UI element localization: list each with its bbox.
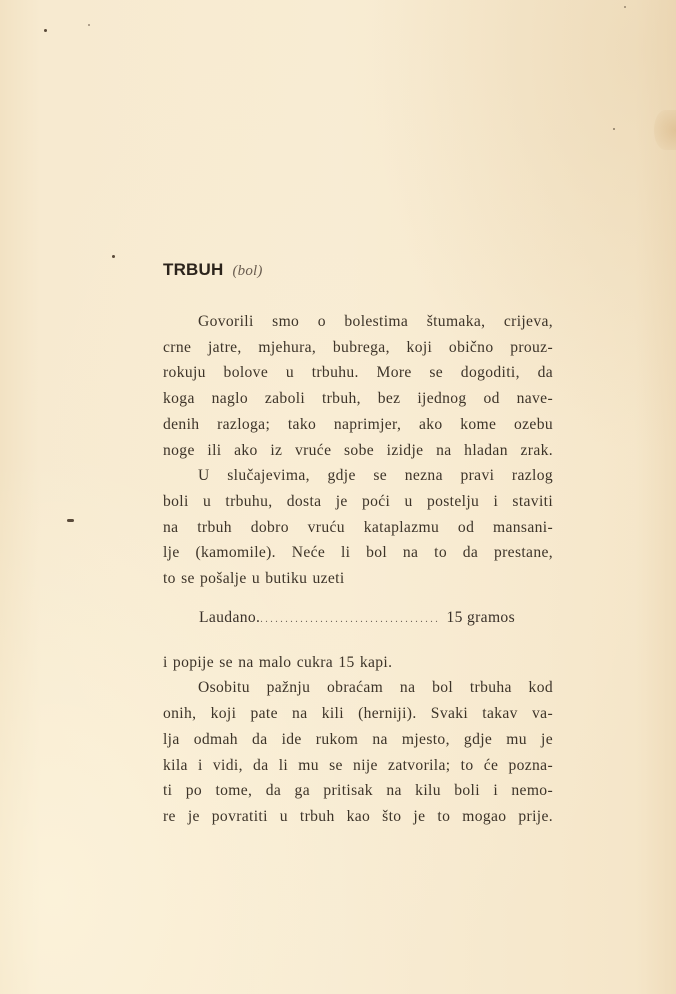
text-line: Osobitu pažnju obraćam na bol trbuha kod (163, 675, 553, 701)
paper-stain (654, 110, 676, 150)
text-line: kila i vidi, da li mu se nije zatvorila;… (163, 753, 553, 779)
paper-speck (44, 29, 47, 32)
text-line: crne jatre, mjehura, bubrega, koji običn… (163, 335, 553, 361)
paper-speck (88, 24, 90, 26)
paragraph-1: Govorili smo o bolestima štumaka, crijev… (163, 309, 553, 463)
paragraph-3: Osobitu pažnju obraćam na bol trbuha kod… (163, 675, 553, 829)
recipe-line: Laudano. ...............................… (199, 605, 515, 633)
paper-speck (613, 128, 615, 130)
text-line: re je povratiti u trbuh kao što je to mo… (163, 804, 553, 830)
heading-subtitle: (bol) (232, 263, 262, 279)
recipe-ingredient: Laudano. (199, 605, 260, 631)
text-line: lje (kamomile). Neće li bol na to da pre… (163, 540, 553, 566)
text-line: ti po tome, da ga pritisak na kilu boli … (163, 778, 553, 804)
text-line: noge ili ako iz vruće sobe izidje na hla… (163, 438, 553, 464)
paper-speck (112, 255, 115, 258)
text-line: koga naglo zaboli trbuh, bez ijednog od … (163, 386, 553, 412)
section-heading: TRBUH (bol) (163, 258, 553, 282)
paper-speck (624, 6, 626, 8)
text-line: i popije se na malo cukra 15 kapi. (163, 650, 553, 676)
text-line: denih razloga; tako naprimjer, ako kome … (163, 412, 553, 438)
text-line: lja odmah da ide rukom na mjesto, gdje m… (163, 727, 553, 753)
text-line: rokuju bolove u trbuhu. More se dogoditi… (163, 360, 553, 386)
heading-title: TRBUH (163, 260, 224, 279)
text-line: to se pošalje u butiku uzeti (163, 566, 553, 592)
paragraph-2: U slučajevima, gdje se nezna pravi razlo… (163, 463, 553, 592)
dot-leader: ........................................… (260, 607, 440, 633)
recipe-dose: 15 gramos (446, 605, 515, 631)
text-line: onih, koji pate na kili (herniji). Svaki… (163, 701, 553, 727)
text-line: U slučajevima, gdje se nezna pravi razlo… (163, 463, 553, 489)
after-recipe: i popije se na malo cukra 15 kapi. (163, 650, 553, 676)
paper-speck (67, 519, 74, 522)
text-line: boli u trbuhu, dosta je poći u postelju … (163, 489, 553, 515)
page-content: TRBUH (bol) Govorili smo o bolestima štu… (163, 258, 553, 830)
text-line: na trbuh dobro vruću kataplazmu od mansa… (163, 515, 553, 541)
text-line: Govorili smo o bolestima štumaka, crijev… (163, 309, 553, 335)
